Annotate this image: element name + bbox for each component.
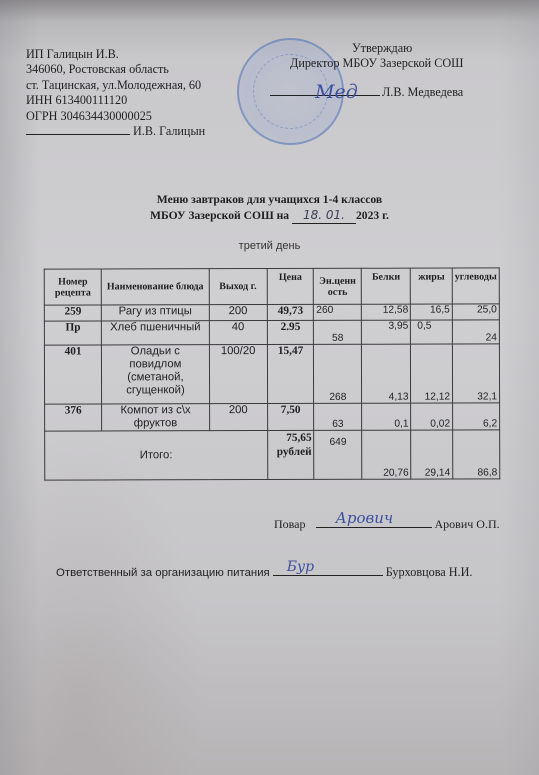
header-protein: Белки bbox=[361, 268, 410, 304]
subtitle-year: 2023 г. bbox=[356, 209, 389, 222]
approver-position: Директор МБОУ Зазерской СОШ bbox=[270, 56, 520, 71]
cell-carbs: 25,0 bbox=[452, 304, 499, 320]
cell-carbs: 24 bbox=[452, 320, 499, 344]
menu-table: Номер рецепта Наименование блюда Выход г… bbox=[44, 267, 501, 480]
issuer-name: ИП Галицын И.В. bbox=[26, 47, 205, 62]
cell-protein: 3,95 bbox=[362, 320, 411, 344]
total-kcal: 649 bbox=[314, 430, 362, 479]
cell-price: 2.95 bbox=[267, 320, 314, 344]
approve-label: Утверждаю bbox=[270, 41, 520, 56]
total-carbs: 86,8 bbox=[453, 430, 500, 479]
handwritten-date: 18. 01. bbox=[292, 208, 356, 224]
header-dish: Наименование блюда bbox=[101, 269, 208, 305]
header-kcal: Эн.ценн ость bbox=[314, 268, 362, 304]
cell-fat: 0,02 bbox=[411, 403, 453, 430]
cell-recipe: 401 bbox=[44, 345, 101, 404]
table-header: Номер рецепта Наименование блюда Выход г… bbox=[44, 268, 499, 305]
responsible-name: Бурховцова Н.И. bbox=[386, 565, 473, 579]
cell-fat: 16,5 bbox=[411, 304, 453, 320]
responsible-signature-block: Ответственный за организацию питанияБурБ… bbox=[56, 561, 472, 580]
cell-carbs: 6,2 bbox=[453, 403, 500, 430]
cook-signature: Арович bbox=[336, 509, 394, 527]
total-fat: 29,14 bbox=[411, 430, 453, 479]
header-recipe: Номер рецепта bbox=[44, 269, 101, 305]
table-row: 376 Компот из с\х фруктов 200 7,50 63 0,… bbox=[45, 403, 500, 431]
table-row: Пр Хлеб пшеничный 40 2.95 58 3,95 0,5 24 bbox=[44, 320, 499, 345]
header-output: Выход г. bbox=[209, 269, 267, 305]
cell-fat: 12,12 bbox=[411, 344, 453, 403]
cell-dish: Оладьи с повидлом (сметаной, сгущенкой) bbox=[102, 345, 210, 404]
issuer-address-2: ст. Тацинская, ул.Молодежная, 60 bbox=[26, 78, 205, 93]
cell-recipe: 376 bbox=[45, 404, 102, 431]
cell-kcal: 260 bbox=[314, 304, 362, 320]
issuer-signature-line bbox=[26, 134, 130, 135]
cell-dish: Компот из с\х фруктов bbox=[102, 404, 209, 431]
cell-fat: 0,5 bbox=[411, 320, 453, 344]
issuer-address-1: 346060, Ростовская область bbox=[26, 62, 205, 77]
cell-carbs: 32,1 bbox=[452, 344, 499, 403]
menu-title: Меню завтраков для учащихся 1-4 классов bbox=[0, 193, 539, 208]
header-carbs: углеводы bbox=[452, 268, 499, 304]
cell-protein: 12,58 bbox=[361, 304, 410, 320]
cell-recipe: Пр bbox=[44, 321, 101, 345]
issuer-signer: И.В. Галицын bbox=[133, 124, 205, 138]
approver-name: Л.В. Медведева bbox=[382, 85, 463, 99]
menu-subtitle: МБОУ Зазерской СОШ на 18. 01.2023 г. bbox=[0, 208, 539, 224]
cell-protein: 0,1 bbox=[362, 403, 411, 430]
issuer-ogrn: ОГРН 304634430000025 bbox=[26, 109, 205, 124]
cell-output: 200 bbox=[209, 404, 267, 431]
total-protein: 20,76 bbox=[362, 430, 411, 479]
director-signature: Мед bbox=[315, 81, 358, 103]
cell-recipe: 259 bbox=[44, 305, 101, 321]
cook-name: Арович О.П. bbox=[435, 517, 500, 531]
header-price: Цена bbox=[267, 268, 314, 304]
cell-dish: Хлеб пшеничный bbox=[102, 321, 209, 345]
cook-signature-line: Арович bbox=[316, 513, 432, 528]
cook-label: Повар bbox=[274, 517, 306, 531]
subtitle-prefix: МБОУ Зазерской СОШ на bbox=[150, 209, 289, 222]
cell-kcal: 268 bbox=[314, 344, 362, 403]
responsible-signature: Бур bbox=[287, 559, 314, 575]
table-row: 401 Оладьи с повидлом (сметаной, сгущенк… bbox=[44, 344, 499, 404]
cook-signature-block: ПоварАровичАрович О.П. bbox=[274, 513, 500, 532]
cell-kcal: 58 bbox=[314, 320, 362, 344]
total-label: Итого: bbox=[45, 431, 268, 481]
cell-price: 15,47 bbox=[267, 344, 314, 403]
issuer-inn: ИНН 613400111120 bbox=[26, 93, 205, 108]
total-price: 75,65 рублей bbox=[267, 430, 314, 479]
cell-output: 200 bbox=[209, 305, 267, 321]
cell-price: 49,73 bbox=[267, 304, 314, 320]
cell-price: 7,50 bbox=[267, 403, 314, 430]
approval-block: Утверждаю Директор МБОУ Зазерской СОШ Л.… bbox=[270, 41, 520, 100]
responsible-label: Ответственный за организацию питания bbox=[56, 567, 270, 579]
table-total-row: Итого: 75,65 рублей 649 20,76 29,14 86,8 bbox=[45, 430, 500, 480]
issuer-block: ИП Галицын И.В. 346060, Ростовская облас… bbox=[26, 47, 205, 139]
cell-kcal: 63 bbox=[314, 403, 362, 430]
header-fat: жиры bbox=[411, 268, 453, 304]
cell-dish: Рагу из птицы bbox=[102, 305, 209, 321]
cell-output: 100/20 bbox=[209, 345, 267, 404]
cell-protein: 4,13 bbox=[362, 344, 411, 403]
cell-output: 40 bbox=[209, 321, 267, 345]
day-label: третий день bbox=[0, 240, 539, 252]
table-row: 259 Рагу из птицы 200 49,73 260 12,58 16… bbox=[44, 304, 499, 321]
responsible-signature-line: Бур bbox=[273, 561, 383, 576]
